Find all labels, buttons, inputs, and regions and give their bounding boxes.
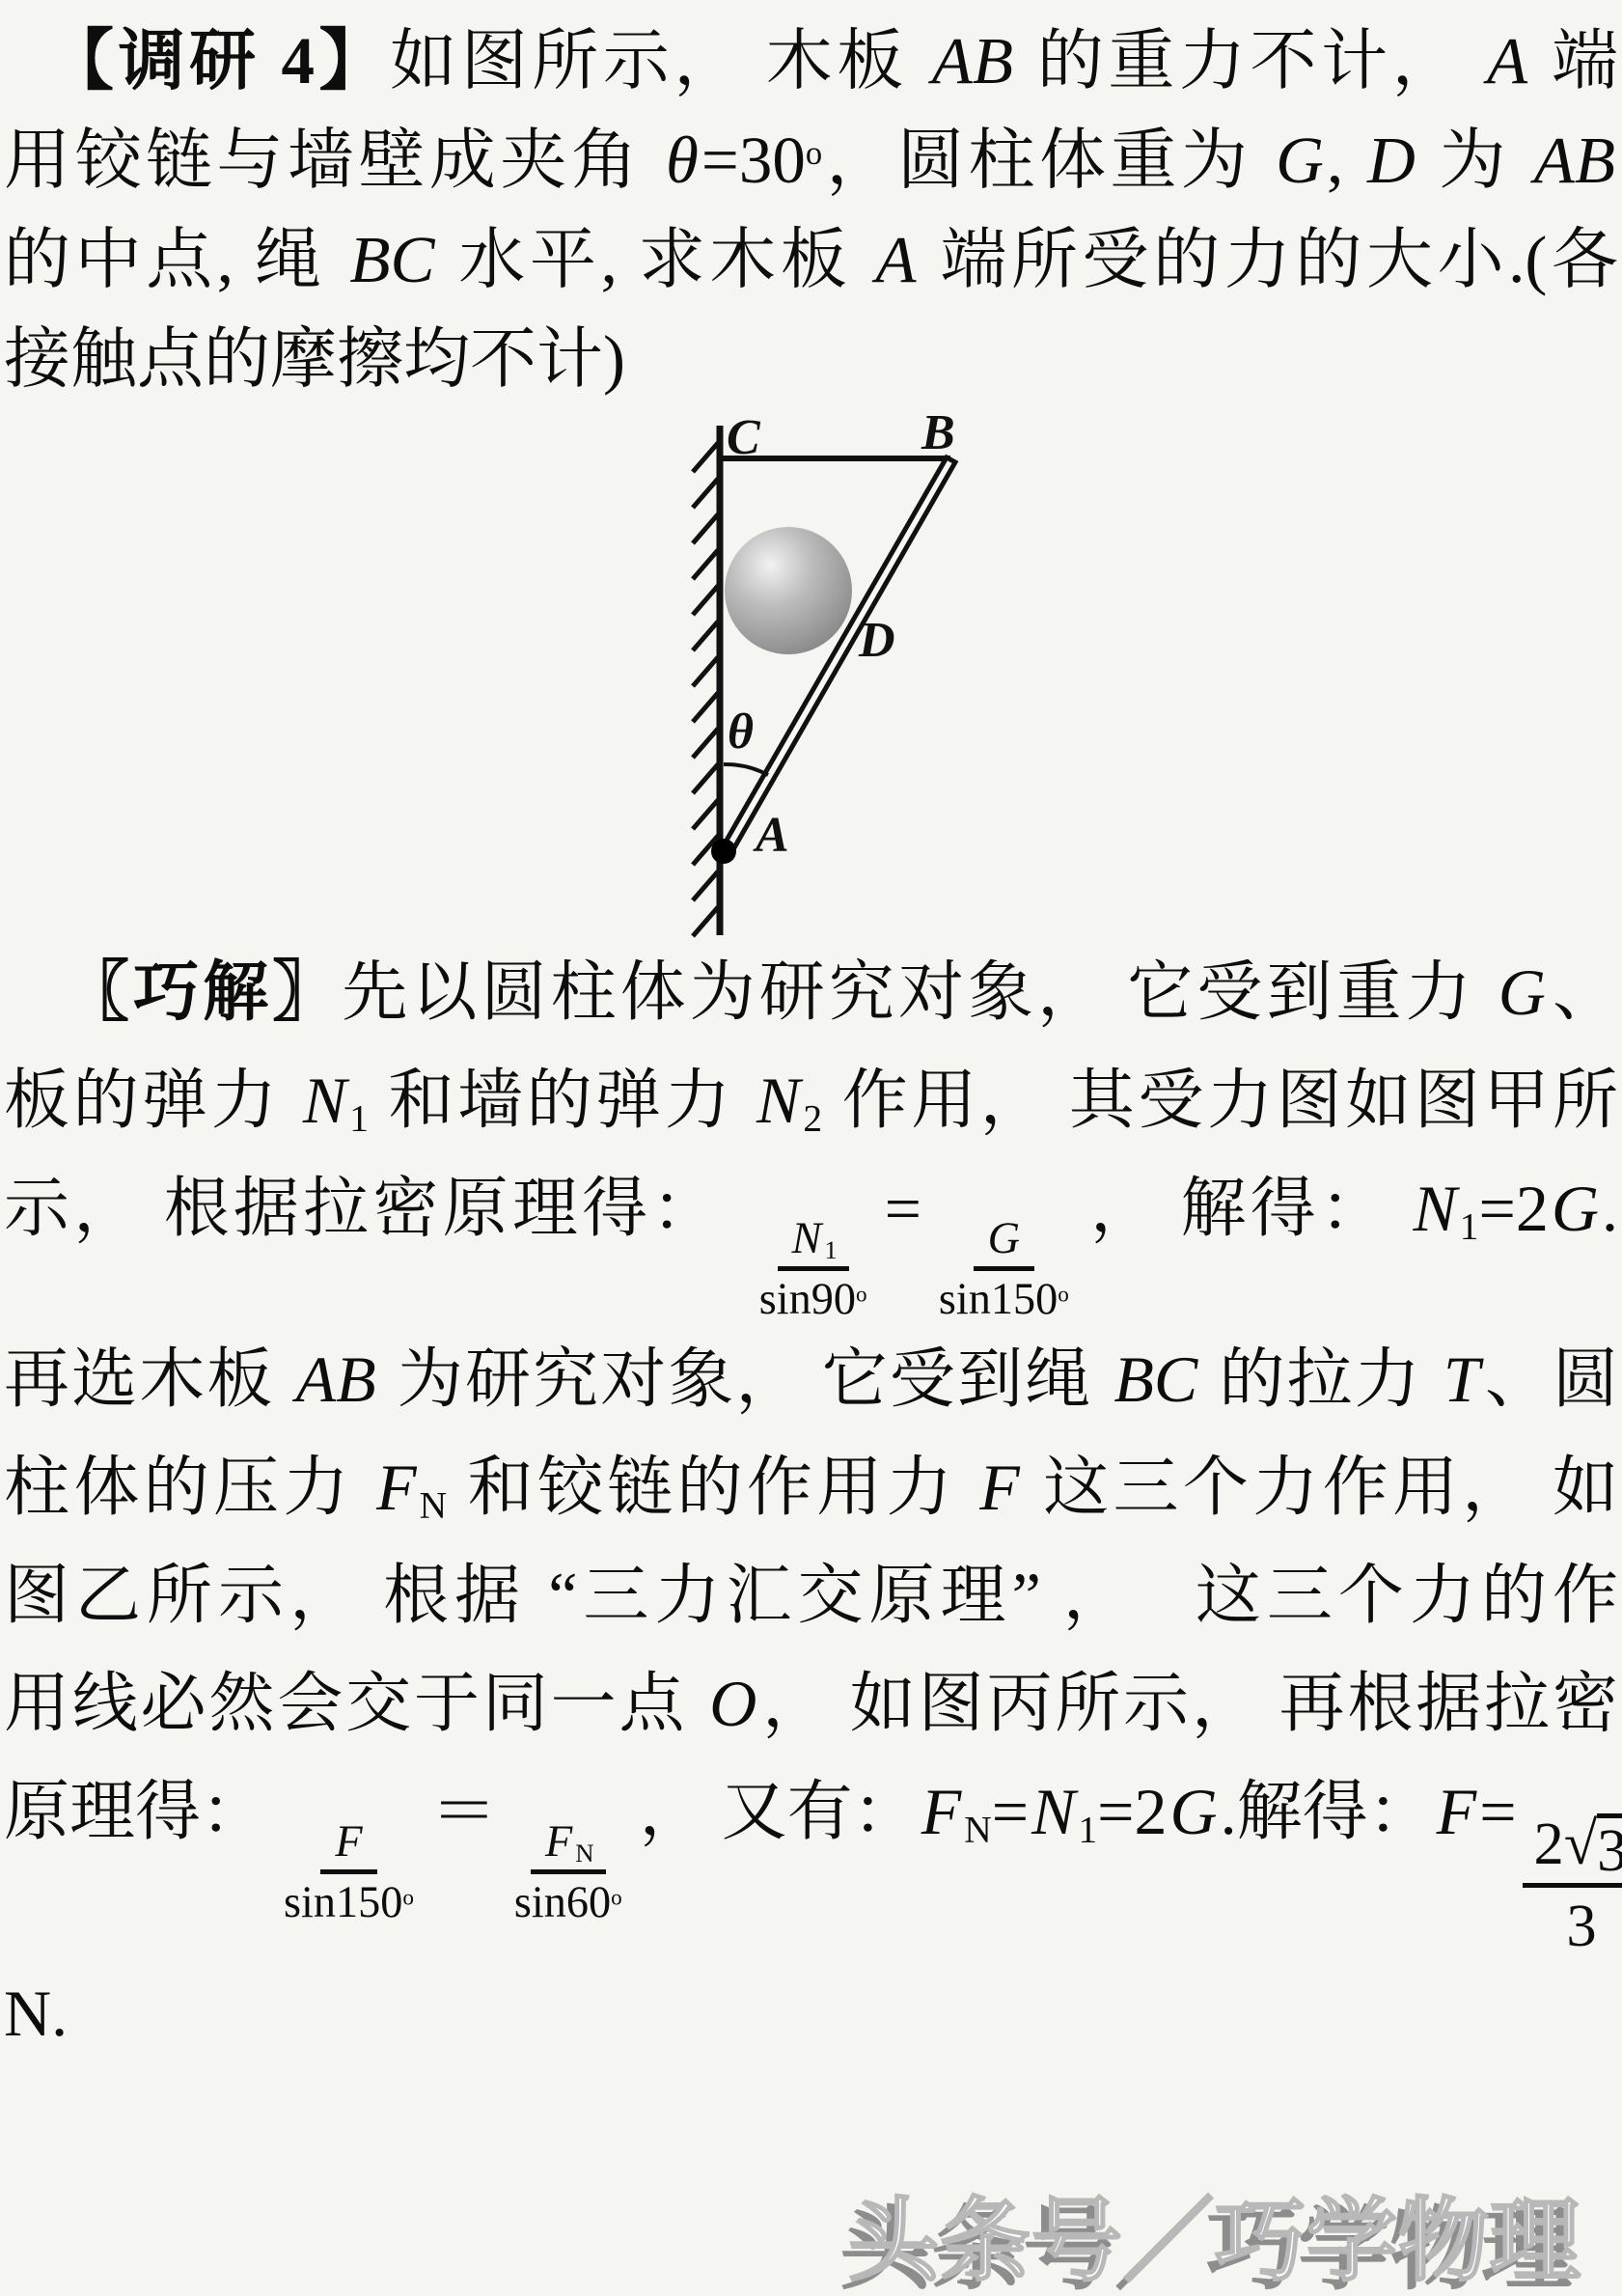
watermark: 头条号／巧学物理 <box>848 2168 1581 2296</box>
label-theta: θ <box>728 705 754 760</box>
board-AB <box>721 457 955 856</box>
text-line: 再选木板 AB 为研究对象， 它受到绳 BC 的拉力 T、圆 <box>4 1325 1618 1433</box>
hinge-dot <box>711 839 736 864</box>
angle-arc <box>724 764 768 775</box>
text-line: 原理得：Fsin150o＝FNsin60o， 又有：FN=N1=2G.解得：F=… <box>4 1757 1618 1959</box>
fraction: Fsin150o <box>272 1817 426 1928</box>
fraction: 2√33 <box>1523 1810 1622 1959</box>
text-line: 的中点, 绳 BC 水平, 求木板 A 端所受的力的大小.(各 <box>4 210 1618 310</box>
text-line: 【调研 4】如图所示， 木板 AB 的重力不计， A 端 <box>4 12 1618 111</box>
fraction: Gsin150o <box>927 1214 1081 1325</box>
text-line: 图乙所示， 根据 “三力汇交原理” ， 这三个力的作 <box>4 1541 1618 1649</box>
text-line: 柱体的压力 FN 和铰链的作用力 F 这三个力作用， 如 <box>4 1433 1618 1541</box>
label-A: A <box>753 808 789 863</box>
wall-hatching <box>693 443 718 936</box>
text-line: 接触点的摩擦均不计) <box>4 310 1618 409</box>
text-line: 〖巧解〗先以圆柱体为研究对象， 它受到重力 G、 <box>4 938 1618 1046</box>
text-line: N. <box>4 1959 1618 2067</box>
label-C: C <box>727 411 761 465</box>
fraction: FNsin60o <box>503 1817 634 1928</box>
physics-diagram: C B D θ A <box>677 411 991 952</box>
label-D: D <box>858 613 895 668</box>
cylinder <box>725 527 852 654</box>
text-line: 用铰链与墙壁成夹角 θ=30o，圆柱体重为 G, D 为 AB <box>4 111 1618 210</box>
text-line: 用线必然会交于同一点 O， 如图丙所示， 再根据拉密 <box>4 1649 1618 1757</box>
square-root: √3 <box>1564 1813 1622 1881</box>
problem-statement: 【调研 4】如图所示， 木板 AB 的重力不计， A 端用铰链与墙壁成夹角 θ=… <box>0 0 1622 409</box>
text-line: 板的弹力 N1 和墙的弹力 N2 作用， 其受力图如图甲所 <box>4 1046 1618 1154</box>
fraction: N1sin90o <box>748 1214 879 1325</box>
label-B: B <box>921 411 955 460</box>
text-line: 示， 根据拉密原理得： N1sin90o=Gsin150o， 解得： N1=2G… <box>4 1154 1618 1325</box>
solution-text: 〖巧解〗先以圆柱体为研究对象， 它受到重力 G、板的弹力 N1 和墙的弹力 N2… <box>0 938 1622 2067</box>
